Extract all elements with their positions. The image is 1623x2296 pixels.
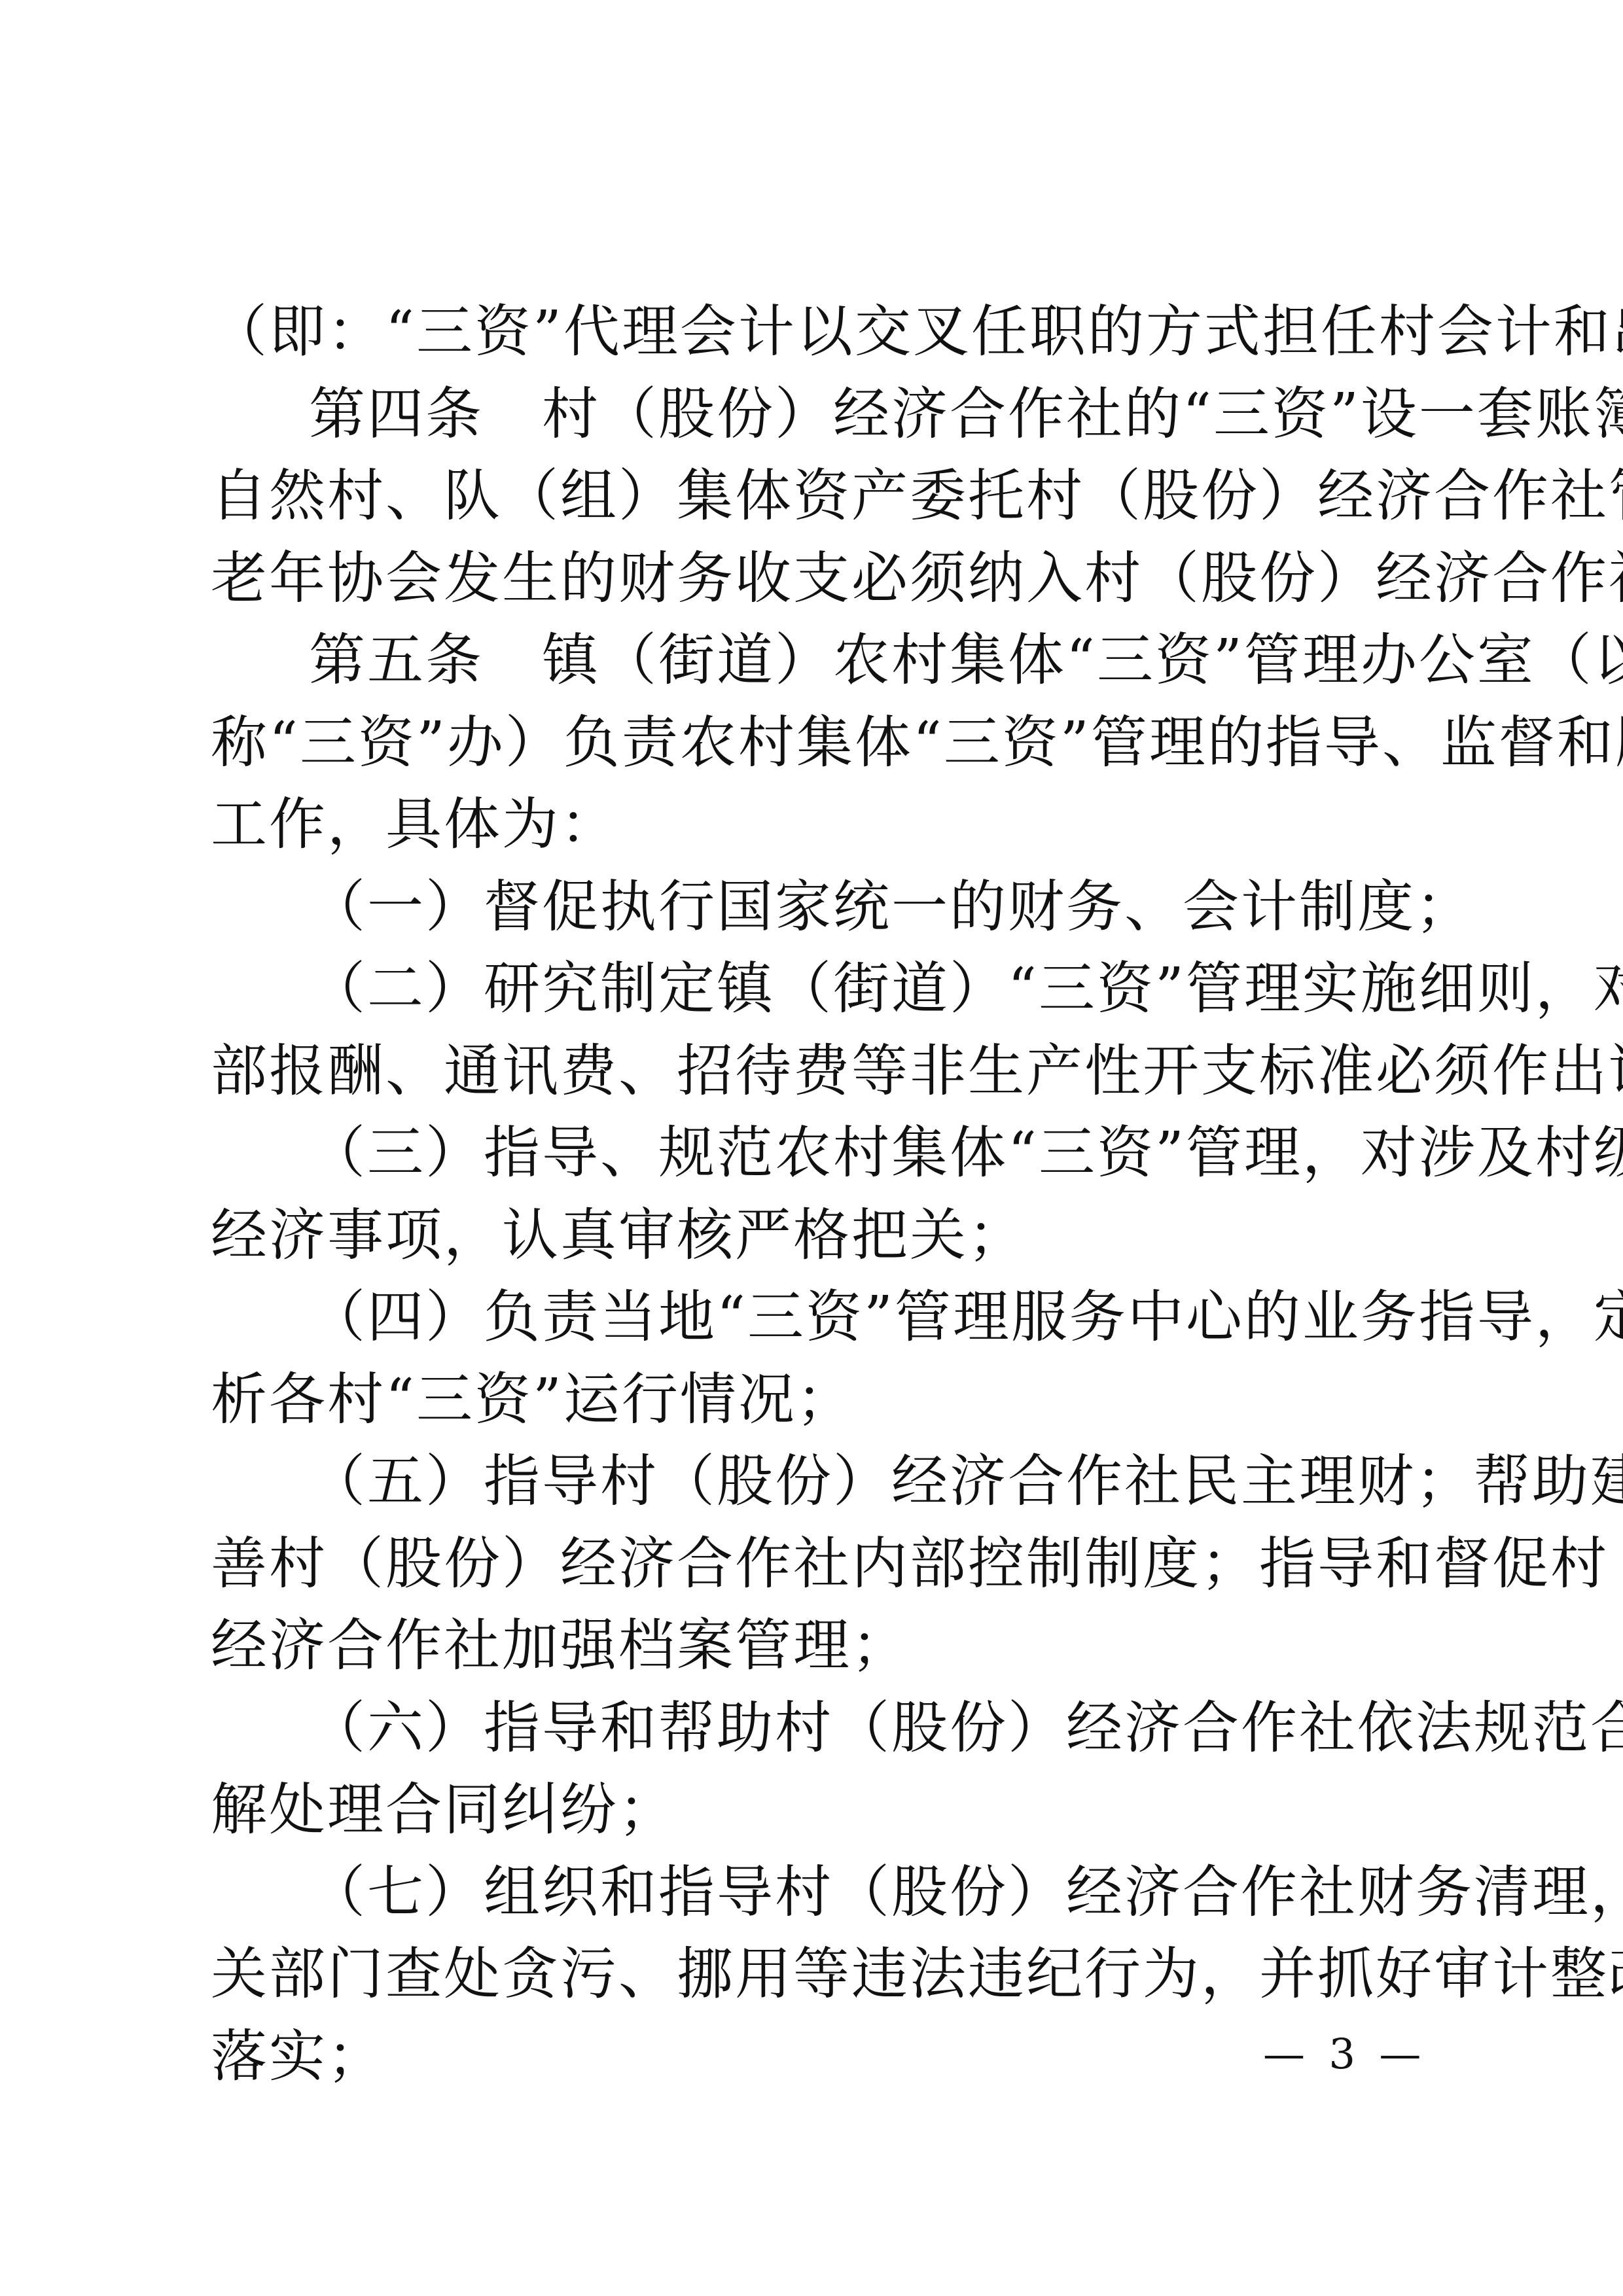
list-item-7: （七）组织和指导村（股份）经济合作社财务清理，协助有 (211, 1852, 1415, 1934)
list-item-2: （二）研究制定镇（街道）“三资”管理实施细则，对村干 (211, 948, 1415, 1031)
page-number: — 3 — (1263, 2022, 1426, 2087)
list-item-1: （一）督促执行国家统一的财务、会计制度； (211, 866, 1415, 949)
list-item-5: （五）指导村（股份）经济合作社民主理财；帮助建立与完 (211, 1441, 1415, 1523)
text-line: 部报酬、通讯费、招待费等非生产性开支标准必须作出详细规定； (211, 1031, 1415, 1113)
text-line: 老年协会发生的财务收支必须纳入村（股份）经济合作社统一核算。 (211, 538, 1415, 620)
text-line: 关部门查处贪污、挪用等违法违纪行为，并抓好审计整改意见的 (211, 1934, 1415, 2016)
text-line: 工作，具体为： (211, 784, 1415, 866)
list-item-3: （三）指导、规范农村集体“三资”管理，对涉及村级重大 (211, 1112, 1415, 1195)
text-line: 经济合作社加强档案管理； (211, 1605, 1415, 1687)
text-line: 善村（股份）经济合作社内部控制制度；指导和督促村（股份） (211, 1523, 1415, 1606)
text-line: 称“三资”办）负责农村集体“三资”管理的指导、监督和服务 (211, 702, 1415, 785)
article-4-heading-line: 第四条 村（股份）经济合作社的“三资”设一套账簿核算， (211, 374, 1415, 456)
text-line: 落实； (211, 2016, 1415, 2098)
list-item-6: （六）指导和帮助村（股份）经济合作社依法规范合同，调 (211, 1687, 1415, 1770)
list-item-4: （四）负责当地“三资”管理服务中心的业务指导，定期分 (211, 1277, 1415, 1359)
article-5-heading-line: 第五条 镇（街道）农村集体“三资”管理办公室（以下简 (211, 620, 1415, 702)
text-line: 自然村、队（组）集体资产委托村（股份）经济合作社管理，村 (211, 455, 1415, 538)
text-line: （即：“三资”代理会计以交叉任职的方式担任村会计和出纳）。 (211, 291, 1415, 374)
document-body: （即：“三资”代理会计以交叉任职的方式担任村会计和出纳）。 第四条 村（股份）经… (211, 291, 1415, 2098)
text-line: 析各村“三资”运行情况； (211, 1359, 1415, 1441)
text-line: 经济事项，认真审核严格把关； (211, 1195, 1415, 1277)
text-line: 解处理合同纠纷； (211, 1769, 1415, 1852)
